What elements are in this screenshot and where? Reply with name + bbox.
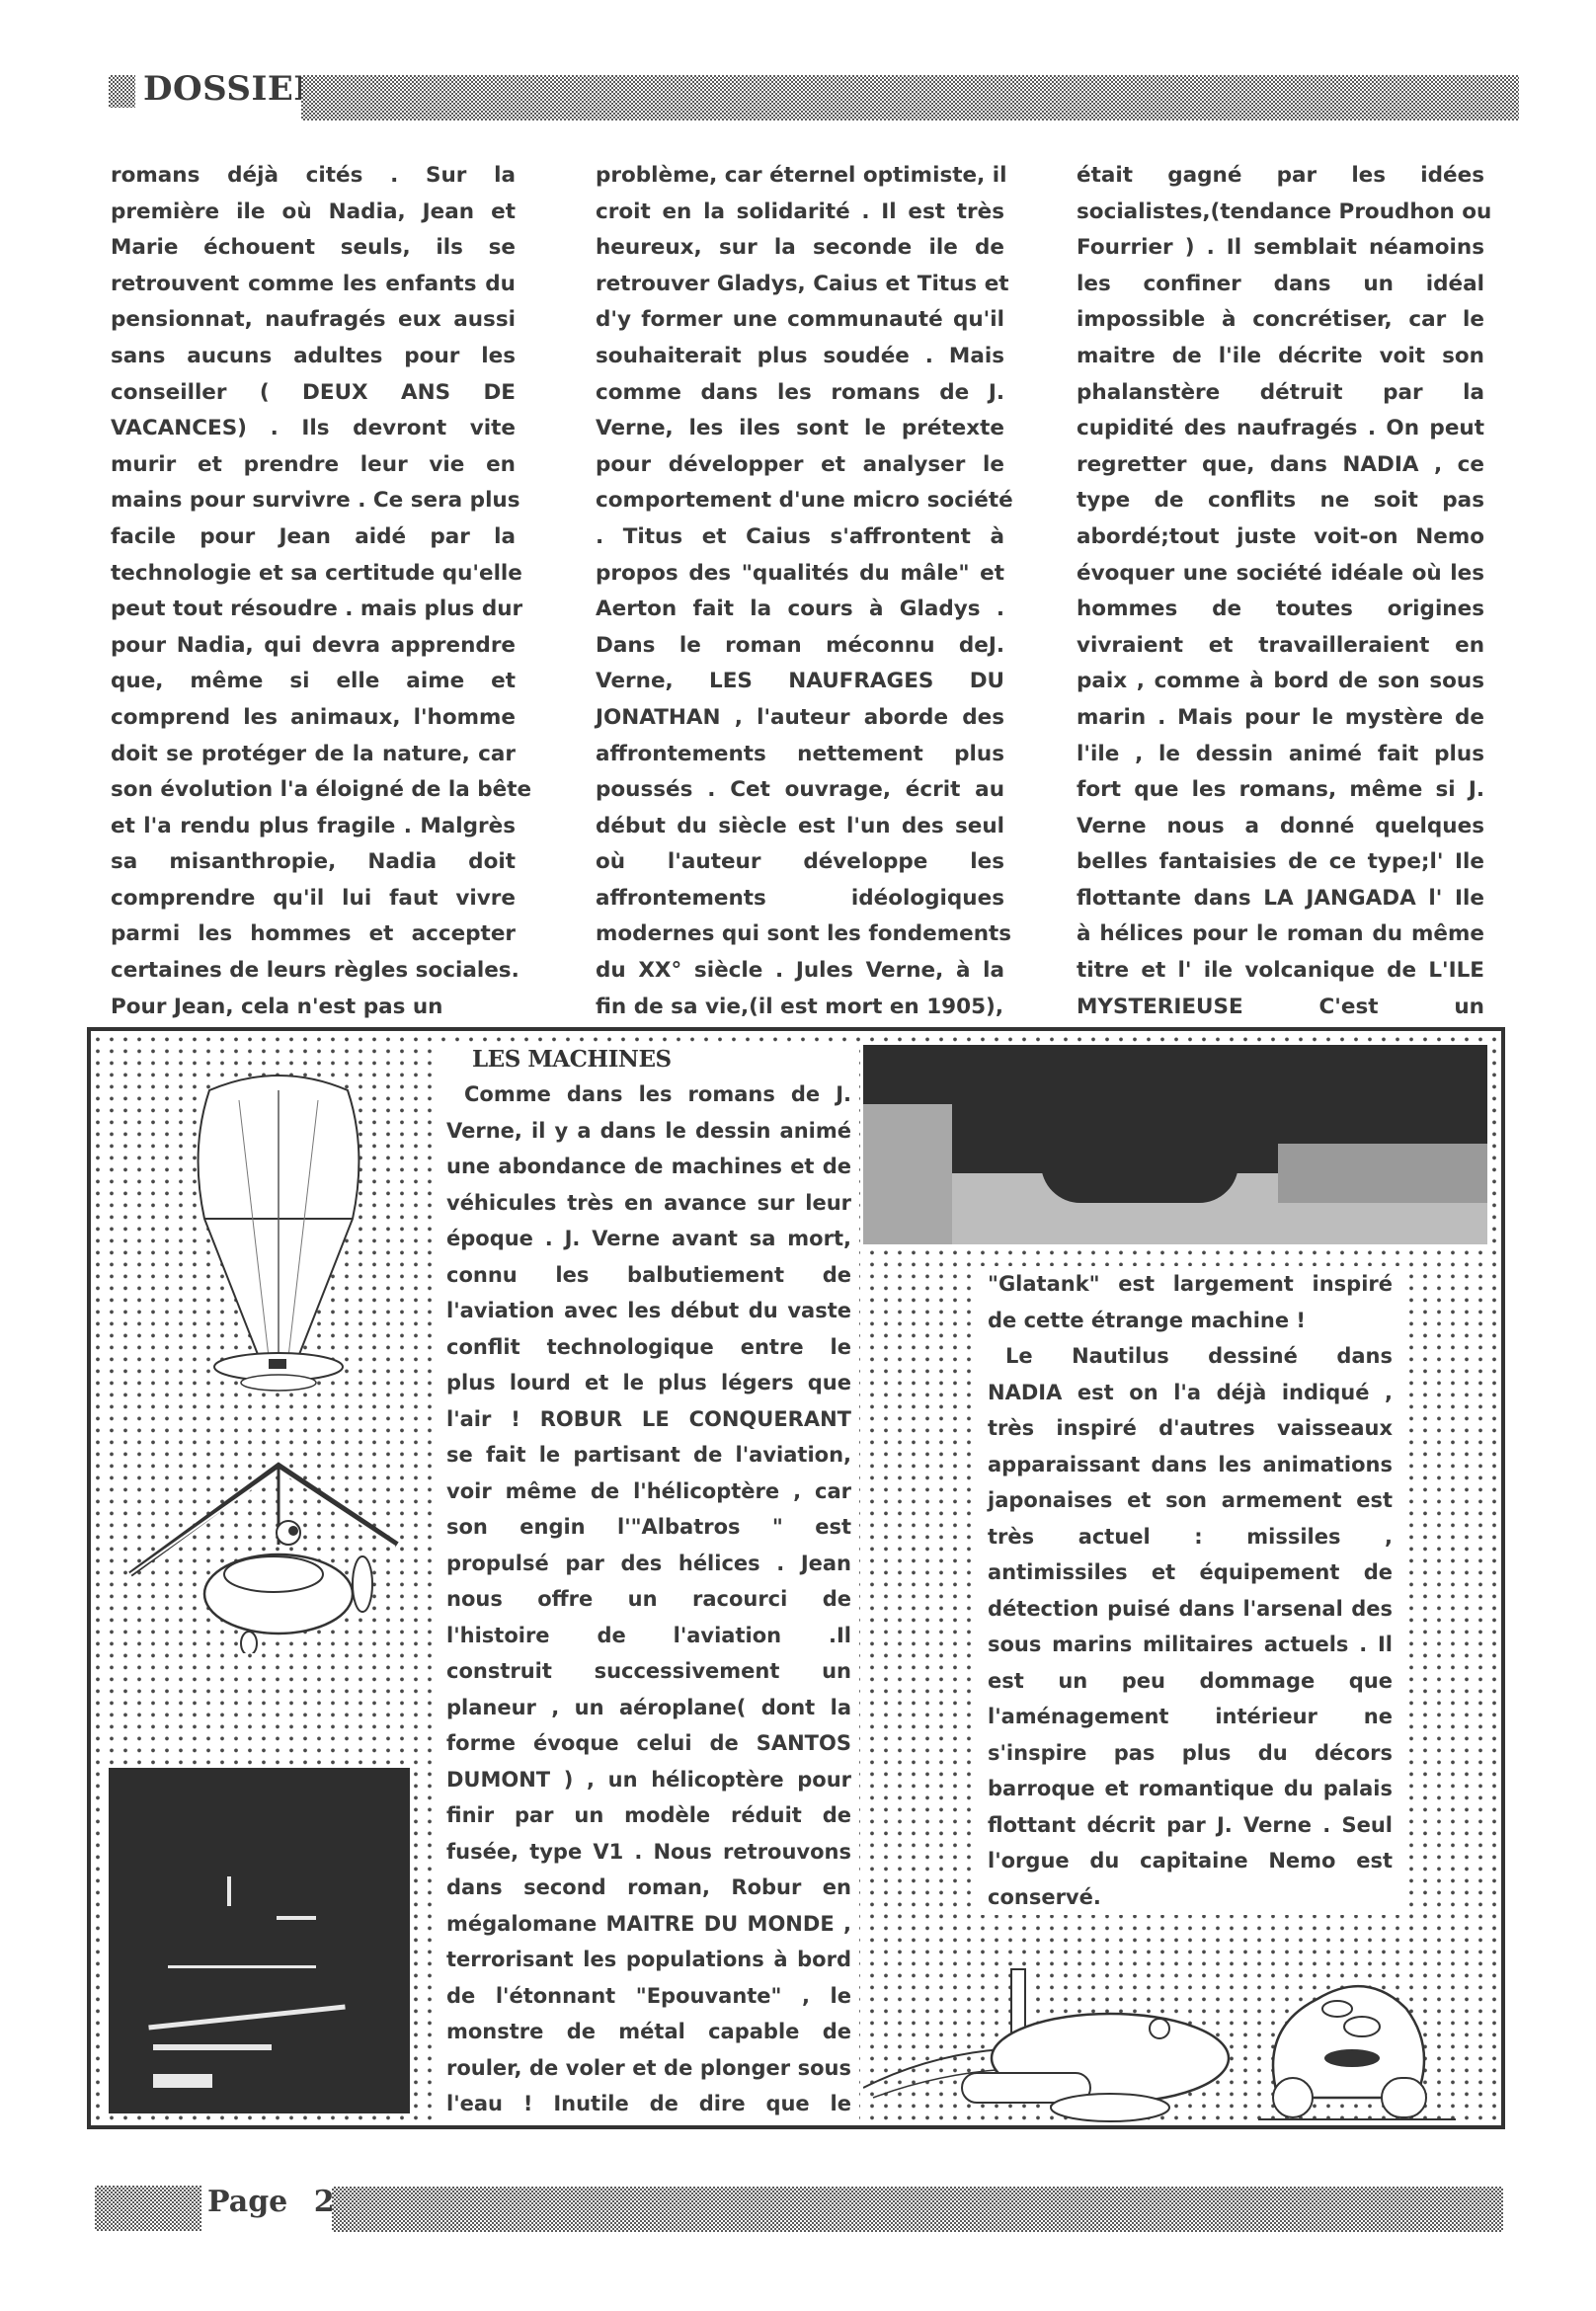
text-line: véhicules très en avance sur leur	[446, 1185, 851, 1222]
text-line: se fait le partisant de l'aviation,	[446, 1437, 851, 1474]
text-line: heureux, sur la seconde ile de	[596, 230, 1004, 267]
article-column-3: était gagné par les idéessocialistes,(te…	[1077, 158, 1484, 1025]
text-line: vivraient et travailleraient en	[1077, 628, 1484, 665]
text-line: certaines de leurs règles sociales.	[111, 953, 516, 990]
text-line: Comme dans les romans de J.	[446, 1076, 851, 1113]
text-line: très inspiré d'autres vaisseaux	[988, 1410, 1393, 1447]
text-line: MYSTERIEUSE C'est un	[1077, 990, 1484, 1026]
text-line: les confiner dans un idéal	[1077, 267, 1484, 303]
text-line: à hélices pour le roman du même	[1077, 916, 1484, 953]
text-line: comportement d'une micro société	[596, 483, 1004, 519]
footer-square	[95, 2186, 201, 2231]
text-line: l'histoire de l'aviation .Il	[446, 1618, 851, 1654]
text-line: fort que les romans, même si J.	[1077, 772, 1484, 809]
text-line: forme évoque celui de SANTOS	[446, 1725, 851, 1762]
text-line: très actuel : missiles ,	[988, 1519, 1393, 1555]
text-line: affrontements idéologiques	[596, 881, 1004, 917]
text-line: NADIA est on l'a déjà indiqué ,	[988, 1375, 1393, 1411]
text-line: de l'étonnant "Epouvante" , le	[446, 1978, 851, 2015]
text-line: voir même de l'hélicoptère , car	[446, 1474, 851, 1510]
text-line: Aerton fait la cours à Gladys .	[596, 592, 1004, 628]
text-line: type de conflits ne soit pas	[1077, 483, 1484, 519]
article-column-1: romans déjà cités . Sur lapremière ile o…	[111, 158, 516, 1025]
text-line: finir par un modèle réduit de	[446, 1797, 851, 1834]
text-line: évoquer une société idéale où les	[1077, 556, 1484, 593]
text-line: connu les balbutiement de	[446, 1257, 851, 1294]
text-line: Le Nautilus dessiné dans	[988, 1338, 1393, 1375]
vehicle-landscape-photo	[863, 1045, 1487, 1244]
machines-title: LES MACHINES	[446, 1043, 851, 1076]
text-line: du XX° siècle . Jules Verne, à la	[596, 953, 1004, 990]
text-line: rouler, de voler et de plonger sous	[446, 2050, 851, 2087]
header-square	[109, 75, 135, 108]
text-line: propos des "qualités du mâle" et	[596, 556, 1004, 593]
text-line: Fourrier ) . Il semblait néamoins	[1077, 230, 1484, 267]
text-line: propulsé par des hélices . Jean	[446, 1546, 851, 1582]
text-line: sans aucuns adultes pour les	[111, 339, 516, 375]
text-line: Pour Jean, cela n'est pas un	[111, 990, 516, 1026]
text-line: l'aménagement intérieur ne	[988, 1699, 1393, 1735]
balloon-airship-illustration	[170, 1071, 387, 1396]
text-line: retrouver Gladys, Caius et Titus et	[596, 267, 1004, 303]
machines-sidebar-box: LES MACHINES Comme dans les romans de J.…	[87, 1027, 1505, 2129]
machines-right-text: "Glatank" est largement inspiréde cette …	[980, 1266, 1400, 1915]
text-line: mégalomane MAITRE DU MONDE ,	[446, 1906, 851, 1943]
text-line: phalanstère détruit par la	[1077, 375, 1484, 412]
text-line: murir et prendre leur vie en	[111, 447, 516, 484]
text-line: flottante dans LA JANGADA l' Ile	[1077, 881, 1484, 917]
text-line: parmi les hommes et accepter	[111, 916, 516, 953]
text-line: romans déjà cités . Sur la	[111, 158, 516, 195]
text-line: facile pour Jean aidé par la	[111, 519, 516, 556]
text-line: terrorisant les populations à bord	[446, 1942, 851, 1978]
text-line: marin . Mais pour le mystère de	[1077, 700, 1484, 737]
text-line: croit en la solidarité . Il est très	[596, 195, 1004, 231]
text-line: technologie et sa certitude qu'elle	[111, 556, 516, 593]
glatank-vehicles-illustration	[863, 1940, 1495, 2127]
text-line: souhaiterait plus soudée . Mais	[596, 339, 1004, 375]
text-line: flottant décrit par J. Verne . Seul	[988, 1807, 1393, 1844]
text-line: sa misanthropie, Nadia doit	[111, 844, 516, 881]
text-line: dans second roman, Robur en	[446, 1870, 851, 1906]
text-line: début du siècle est l'un des seul	[596, 809, 1004, 845]
text-line: antimissiles et équipement de	[988, 1554, 1393, 1591]
footer-bar	[332, 2187, 1503, 2232]
text-line: "Glatank" est largement inspiré	[988, 1266, 1393, 1303]
text-line: Marie échouent seuls, ils se	[111, 230, 516, 267]
text-line: que, même si elle aime et	[111, 664, 516, 700]
text-line: était gagné par les idées	[1077, 158, 1484, 195]
text-line: conflit technologique entre le	[446, 1329, 851, 1366]
text-line: comprend les animaux, l'homme	[111, 700, 516, 737]
text-line: cupidité des naufragés . On peut	[1077, 411, 1484, 447]
text-line: l'aviation avec les début du vaste	[446, 1293, 851, 1329]
text-line: apparaissant dans les animations	[988, 1447, 1393, 1483]
text-line: JONATHAN , l'auteur aborde des	[596, 700, 1004, 737]
text-line: de cette étrange machine !	[988, 1303, 1393, 1339]
text-line: époque . J. Verne avant sa mort,	[446, 1221, 851, 1257]
section-label: DOSSIER	[143, 69, 322, 109]
text-line: VACANCES) . Ils devront vite	[111, 411, 516, 447]
text-line: Verne nous a donné quelques	[1077, 809, 1484, 845]
text-line: construit successivement un	[446, 1653, 851, 1690]
text-line: regretter que, dans NADIA , ce	[1077, 447, 1484, 484]
text-line: Verne, LES NAUFRAGES DU	[596, 664, 1004, 700]
autogyro-illustration	[111, 1426, 407, 1653]
text-line: socialistes,(tendance Proudhon ou	[1077, 195, 1484, 231]
text-line: conservé.	[988, 1879, 1393, 1916]
text-line: abordé;tout juste voit-on Nemo	[1077, 519, 1484, 556]
text-line: paix , comme à bord de son sous	[1077, 664, 1484, 700]
text-line: pour développer et analyser le	[596, 447, 1004, 484]
text-line: monstre de métal capable de	[446, 2014, 851, 2050]
text-line: doit se protéger de la nature, car	[111, 737, 516, 773]
text-line: Dans le roman méconnu deJ.	[596, 628, 1004, 665]
text-line: affrontements nettement plus	[596, 737, 1004, 773]
text-line: planeur , un aéroplane( dont la	[446, 1690, 851, 1726]
text-line: comme dans les romans de J.	[596, 375, 1004, 412]
text-line: est un peu dommage que	[988, 1663, 1393, 1700]
text-line: pensionnat, naufragés eux aussi	[111, 302, 516, 339]
text-line: une abondance de machines et de	[446, 1149, 851, 1185]
text-line: poussés . Cet ouvrage, écrit au	[596, 772, 1004, 809]
text-line: retrouvent comme les enfants du	[111, 267, 516, 303]
text-line: l'ile , le dessin animé fait plus	[1077, 737, 1484, 773]
text-line: DUMONT ) , un hélicoptère pour	[446, 1762, 851, 1798]
text-line: l'eau ! Inutile de dire que le	[446, 2086, 851, 2122]
text-line: sous marins militaires actuels . Il	[988, 1627, 1393, 1663]
text-line: plus lourd et le plus légers que	[446, 1365, 851, 1401]
text-line: pour Nadia, qui devra apprendre	[111, 628, 516, 665]
page-word: Page	[207, 2185, 287, 2219]
text-line: maitre de l'ile décrite voit son	[1077, 339, 1484, 375]
text-line: l'orgue du capitaine Nemo est	[988, 1843, 1393, 1879]
text-line: titre et l' ile volcanique de L'ILE	[1077, 953, 1484, 990]
text-line: d'y former une communauté qu'il	[596, 302, 1004, 339]
night-scene-photo	[109, 1768, 410, 2113]
text-line: Verne, les iles sont le prétexte	[596, 411, 1004, 447]
text-line: et l'a rendu plus fragile . Malgrès	[111, 809, 516, 845]
text-line: comprendre qu'il lui faut vivre	[111, 881, 516, 917]
text-line: conseiller ( DEUX ANS DE	[111, 375, 516, 412]
text-line: fusée, type V1 . Nous retrouvons	[446, 1834, 851, 1871]
text-line: son engin l'"Albatros " est	[446, 1509, 851, 1546]
text-line: modernes qui sont les fondements	[596, 916, 1004, 953]
text-line: s'inspire pas plus du décors	[988, 1735, 1393, 1772]
text-line: Verne, il y a dans le dessin animé	[446, 1113, 851, 1150]
text-line: détection puisé dans l'arsenal des	[988, 1591, 1393, 1628]
text-line: peut tout résoudre . mais plus dur	[111, 592, 516, 628]
text-line: belles fantaisies de ce type;l' Ile	[1077, 844, 1484, 881]
text-line: . Titus et Caius s'affrontent à	[596, 519, 1004, 556]
text-line: fin de sa vie,(il est mort en 1905),	[596, 990, 1004, 1026]
text-line: japonaises et son armement est	[988, 1482, 1393, 1519]
text-line: hommes de toutes origines	[1077, 592, 1484, 628]
text-line: son évolution l'a éloigné de la bête	[111, 772, 516, 809]
header-bar	[301, 75, 1519, 120]
text-line: nous offre un racourci de	[446, 1581, 851, 1618]
text-line: première ile où Nadia, Jean et	[111, 195, 516, 231]
text-line: problème, car éternel optimiste, il	[596, 158, 1004, 195]
text-line: impossible à concrétiser, car le	[1077, 302, 1484, 339]
text-line: où l'auteur développe les	[596, 844, 1004, 881]
machines-main-text: LES MACHINES Comme dans les romans de J.…	[439, 1043, 859, 2122]
article-column-2: problème, car éternel optimiste, ilcroit…	[596, 158, 1004, 1025]
text-line: barroque et romantique du palais	[988, 1771, 1393, 1807]
text-line: l'air ! ROBUR LE CONQUERANT	[446, 1401, 851, 1438]
text-line: mains pour survivre . Ce sera plus	[111, 483, 516, 519]
